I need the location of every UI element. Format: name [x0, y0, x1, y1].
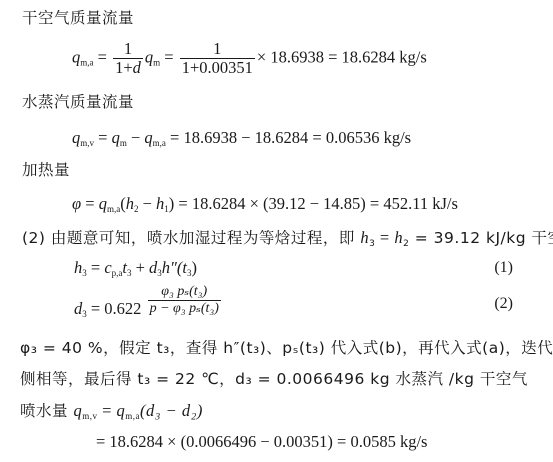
result: = 18.6938 − 18.6284 = 0.06536 kg/s — [166, 128, 411, 147]
subscript: p,a — [112, 268, 123, 278]
arg: (t — [177, 258, 187, 277]
paragraph-iteration-2: 侧相等，最后得 t₃ = 22 ℃，d₃ = 0.0066496 kg 水蒸汽 … — [20, 369, 528, 389]
equation-number: (2) — [494, 294, 513, 314]
var-q: q — [73, 401, 82, 420]
subscript: m — [120, 138, 127, 148]
operator: = 0.622 — [87, 299, 146, 318]
var-d: d — [74, 299, 82, 318]
subscript: m,a — [107, 204, 120, 214]
spray-water-equation: 喷水量 qm,v = qm,a(d₃ − d₂) — [20, 401, 203, 421]
section-title-dry-air: 干空气质量流量 — [22, 8, 134, 28]
expression: (d₃ − d₂) — [140, 401, 203, 420]
denominator: 1+d — [113, 59, 143, 77]
spray-water-result: = 18.6284 × (0.0066496 − 0.00351) = 0.05… — [96, 432, 427, 452]
intro-text: (2) 由题意可知，喷水加湿过程为等焓过程，即 — [22, 229, 360, 247]
operator: = — [87, 258, 105, 277]
result: × 18.6938 = 18.6284 kg/s — [257, 47, 427, 66]
part2-intro: (2) 由题意可知，喷水加湿过程为等焓过程，即 h3 = h2 = 39.12 … — [22, 228, 553, 248]
spray-label: 喷水量 — [20, 402, 73, 420]
var-h: h — [394, 228, 403, 247]
var-q: q — [112, 128, 120, 147]
var-d: d — [133, 58, 141, 77]
subscript: m,v — [80, 138, 94, 148]
subscript: m,a — [125, 411, 140, 421]
numerator: 1 — [180, 40, 255, 59]
operator: + — [131, 258, 149, 277]
equation-d3: d3 = 0.622 φ₃ pₛ(t₃)p − φ₃ pₛ(t₃) (2) — [74, 284, 533, 324]
var-h-double-prime: h″ — [162, 258, 177, 277]
var-h: h — [126, 194, 134, 213]
operator: = — [160, 47, 178, 66]
result: = 39.12 kJ/kg 干空气 — [409, 229, 553, 247]
operator: − — [127, 128, 145, 147]
var-h: h — [74, 258, 82, 277]
operator: = — [375, 228, 394, 247]
section-title-heat: 加热量 — [22, 160, 70, 180]
equation-heat: φ = qm,a(h2 − h1) = 18.6284 × (39.12 − 1… — [72, 194, 458, 214]
var-c: c — [104, 258, 111, 277]
equation-dry-air-flow: qm,a = 11+dqm = 11+0.00351× 18.6938 = 18… — [72, 40, 427, 77]
subscript: m,a — [80, 57, 93, 67]
var-h: h — [360, 228, 369, 247]
var-q: q — [144, 128, 152, 147]
numerator: φ₃ pₛ(t₃) — [148, 284, 221, 301]
den-text: 1+ — [115, 58, 133, 77]
equation-number: (1) — [494, 258, 513, 278]
fraction: 11+0.00351 — [180, 40, 255, 77]
operator: = — [94, 128, 112, 147]
subscript: m,v — [82, 411, 97, 421]
denominator: 1+0.00351 — [180, 59, 255, 77]
var-q: q — [72, 128, 80, 147]
section-title-vapor: 水蒸汽质量流量 — [22, 92, 134, 112]
fraction: 11+d — [113, 40, 143, 77]
denominator: p − φ₃ pₛ(t₃) — [148, 301, 221, 317]
numerator: 1 — [113, 40, 143, 59]
paren: ) — [192, 258, 198, 277]
operator: = — [97, 401, 116, 420]
var-q: q — [117, 401, 126, 420]
var-q: q — [72, 47, 80, 66]
paragraph-iteration-1: φ₃ = 40 %，假定 t₃，查得 h″(t₃)、pₛ(t₃) 代入式(b)，… — [20, 338, 553, 358]
var-q: q — [145, 47, 153, 66]
result: ) = 18.6284 × (39.12 − 14.85) = 452.11 k… — [169, 194, 458, 213]
var-q: q — [99, 194, 107, 213]
fraction: φ₃ pₛ(t₃)p − φ₃ pₛ(t₃) — [148, 284, 221, 317]
equation-vapor-flow: qm,v = qm − qm,a = 18.6938 − 18.6284 = 0… — [72, 128, 411, 148]
operator: = — [81, 194, 99, 213]
var-phi: φ — [72, 194, 81, 213]
subscript: m,a — [153, 138, 166, 148]
equation-h3: h3 = cp,at3 + d3h″(t3) (1) — [74, 258, 533, 278]
operator: − — [138, 194, 156, 213]
operator: = — [94, 47, 112, 66]
